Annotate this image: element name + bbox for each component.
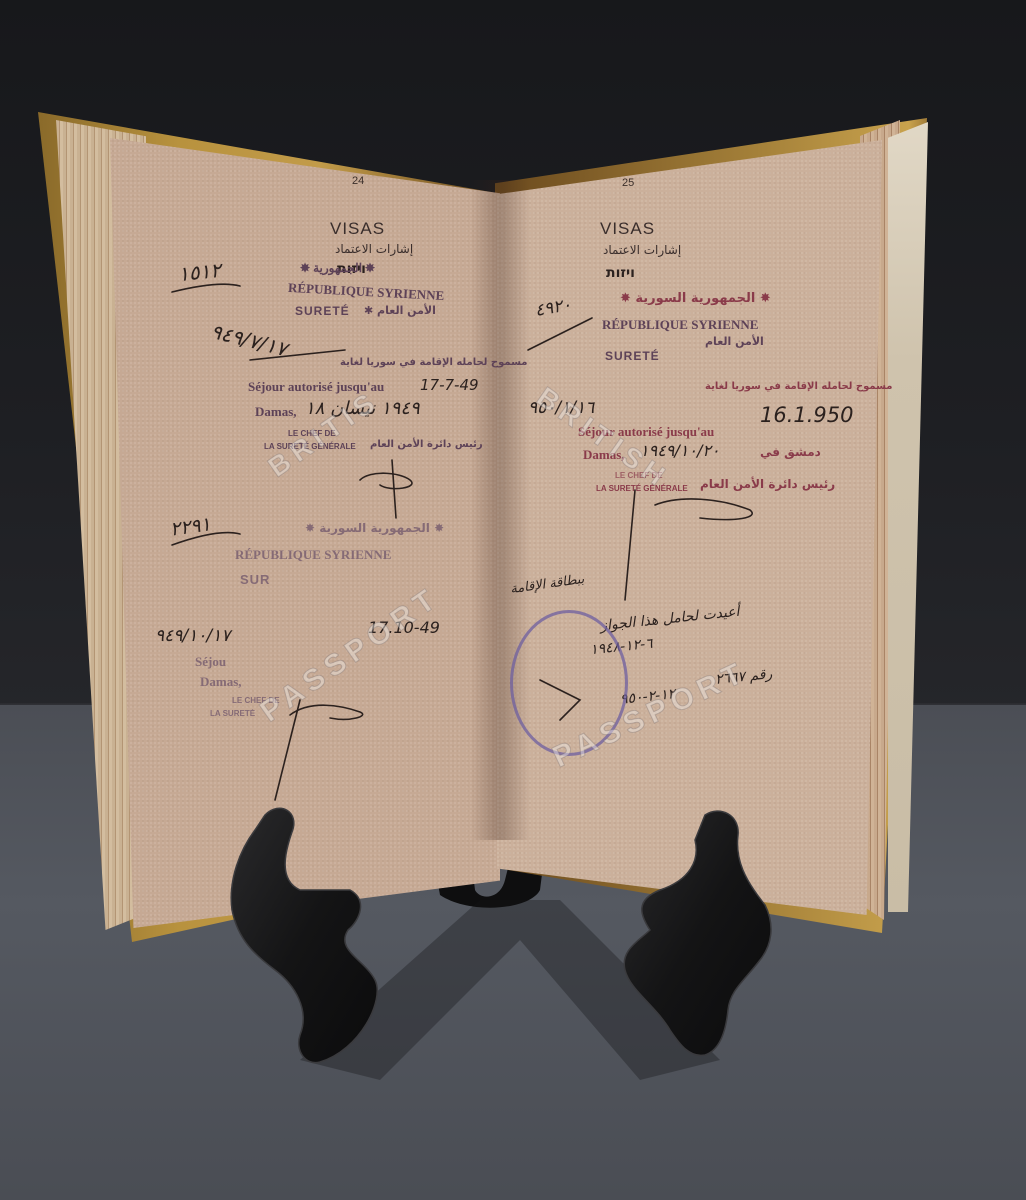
stand-right-arm (624, 811, 771, 1055)
display-stand (0, 0, 1026, 1200)
stand-left-arm (231, 808, 377, 1062)
